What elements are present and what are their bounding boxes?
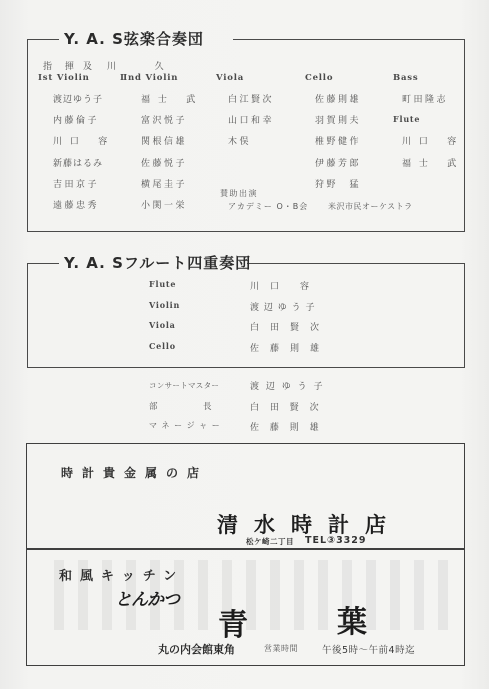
member-name: 関根信雄 (141, 134, 187, 147)
quartet-instrument: Viola (149, 320, 176, 330)
member-name: 佐藤則雄 (315, 92, 361, 105)
quartet-member: 川 口 容 (250, 279, 310, 292)
section-header-viola: Viola (216, 73, 244, 83)
quartet-instrument: Flute (149, 279, 176, 289)
member-name: 川 口 容 (53, 134, 110, 147)
quartet-instrument: Violin (149, 300, 180, 310)
ad-hours: 午後5時〜午前4時迄 (322, 642, 415, 656)
section-header-first-violin: Ⅰst Violin (38, 73, 90, 83)
member-name: 白江賢次 (228, 92, 274, 105)
section-header-bass: Bass (393, 73, 418, 83)
frame-border-left-segment (27, 39, 59, 40)
member-name: 富沢悦子 (141, 113, 187, 126)
section-header-second-violin: Ⅱnd Violin (120, 73, 178, 83)
ad-shop-name-first-char: 青 (218, 600, 248, 644)
member-name: 羽賀則夫 (315, 113, 361, 126)
member-name: 町田隆志 (402, 92, 448, 105)
member-name: 木俣 (228, 134, 251, 147)
member-name: 伊藤芳郎 (315, 156, 361, 169)
member-name: 山口和幸 (228, 113, 274, 126)
staff-name: 佐 藤 則 雄 (250, 420, 323, 433)
member-name: 内藤倫子 (53, 113, 99, 126)
ad-cuisine: とんかつ (115, 585, 179, 610)
ad-shop-name-second-char: 葉 (337, 597, 367, 641)
member-name: 佐藤悦子 (141, 156, 187, 169)
ad-telephone: TEL③3329 (305, 535, 367, 546)
staff-role: 部 長 (149, 400, 212, 412)
member-name: 渡辺ゆう子 (53, 92, 103, 105)
quartet-member: 佐 藤 則 雄 (250, 341, 320, 354)
program-page: Y. A. S弦楽合奏団 指 揮 及 川 久 Ⅰst Violin Ⅱnd Vi… (0, 0, 489, 689)
frame-border-right-segment (233, 39, 465, 40)
quartet-member: 白 田 賢 次 (250, 320, 320, 333)
frame-border-right-segment (247, 263, 465, 264)
support-group: アカデミー O・B会 (228, 201, 308, 212)
member-name: 椎野健作 (315, 134, 361, 147)
ad-hours-label: 営業時間 (264, 643, 298, 654)
staff-name: 渡 辺 ゆ う 子 (250, 379, 324, 392)
member-name: 川 口 容 (402, 134, 459, 147)
conductor-label: 指 揮 (43, 59, 79, 72)
member-name: 横尾圭子 (141, 177, 187, 190)
flute-quartet-frame: Y. A. Sフルート四重奏団 (27, 263, 465, 368)
ad-address: 松ケ崎二丁目 (246, 536, 294, 547)
ad-location: 丸の内会館東角 (158, 641, 235, 657)
staff-role: マ ネ ー ジ ャ ー (149, 420, 221, 431)
member-name: 吉田京子 (53, 177, 99, 190)
member-name: 福 士 武 (141, 92, 198, 105)
support-label: 賛助出演 (220, 188, 258, 199)
quartet-member: 渡 辺 ゆ う 子 (250, 300, 315, 313)
support-group: 米沢市民オーケストラ (328, 201, 413, 212)
member-name: 遠藤忠秀 (53, 198, 99, 211)
member-name: 新藤はるみ (53, 156, 103, 169)
member-name: 小関一栄 (141, 198, 187, 211)
section-header-cello: Cello (305, 73, 333, 83)
quartet-instrument: Cello (149, 341, 176, 351)
staff-role: コンサートマスター (149, 380, 219, 391)
member-name: 狩野 猛 (315, 177, 361, 190)
staff-name: 白 田 賢 次 (250, 400, 323, 413)
ad-tagline: 時計貴金属の店 (61, 464, 208, 481)
section-header-flute: Flute (393, 114, 420, 124)
conductor-name: 及 川 久 (83, 59, 170, 72)
member-name: 福 士 武 (402, 156, 459, 169)
ad-tagline: 和風キッチン (59, 565, 184, 584)
frame-border-left-segment (27, 263, 59, 264)
section-title: Y. A. Sフルート四重奏団 (64, 252, 251, 273)
section-title: Y. A. S弦楽合奏団 (64, 28, 204, 49)
